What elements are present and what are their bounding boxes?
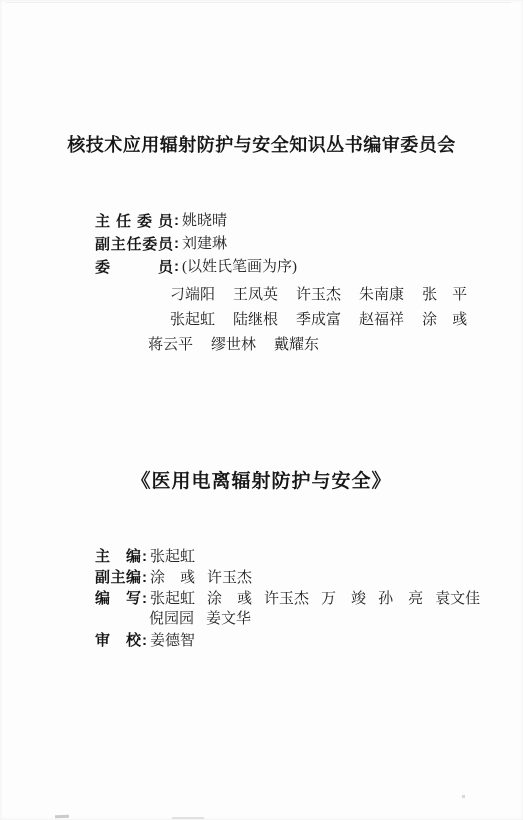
members-row-1: 刁端阳 王凤英 许玉杰 朱南康 张 平 bbox=[170, 283, 467, 308]
chair-label: 主任委员 bbox=[95, 210, 173, 233]
editor-name: 许玉杰 bbox=[207, 568, 252, 589]
member-name: 戴耀东 bbox=[274, 333, 319, 358]
members-list: 刁端阳 王凤英 许玉杰 朱南康 张 平 张起虹 陆继根 季成富 赵福祥 涂 彧 … bbox=[170, 283, 467, 358]
colon: : bbox=[142, 630, 147, 651]
reviewer-label: 审校 bbox=[95, 630, 141, 651]
member-name: 涂 彧 bbox=[422, 308, 467, 333]
writer-name: 袁文佳 bbox=[435, 589, 480, 610]
deputy-editors-row: 副主编: 涂 彧 许玉杰 bbox=[95, 567, 480, 588]
writer-name: 倪园园 bbox=[149, 609, 194, 630]
chair-row: 主任委员:姚晓晴 bbox=[95, 209, 297, 232]
document-page: 核技术应用辐射防护与安全知识丛书编审委员会 主任委员:姚晓晴 副主任委员:刘建琳… bbox=[0, 0, 523, 820]
writers-label: 编写 bbox=[95, 588, 141, 609]
member-name: 蒋云平 bbox=[148, 333, 193, 358]
chief-editor-row: 主编:张起虹 bbox=[95, 546, 480, 567]
reviewer-name: 姜德智 bbox=[150, 631, 195, 652]
members-row-2: 张起虹 陆继根 季成富 赵福祥 涂 彧 bbox=[170, 308, 467, 333]
member-name: 陆继根 bbox=[233, 308, 278, 333]
scan-artifact bbox=[172, 817, 204, 819]
colon: : bbox=[142, 546, 147, 567]
writer-names: 张起虹 涂 彧 许玉杰 万 竣 孙 亮 袁文佳 bbox=[150, 589, 480, 610]
member-name: 张起虹 bbox=[170, 308, 215, 333]
writer-name: 张起虹 bbox=[150, 589, 195, 610]
writer-name: 万 竣 bbox=[321, 589, 366, 610]
members-row: 委员:(以姓氏笔画为序) bbox=[95, 255, 297, 278]
colon: : bbox=[174, 258, 179, 275]
vice-chair-name: 刘建琳 bbox=[182, 236, 227, 252]
members-sort-note: (以姓氏笔画为序) bbox=[182, 259, 297, 275]
member-name: 缪世林 bbox=[211, 333, 256, 358]
member-name: 季成富 bbox=[296, 308, 341, 333]
book-title: 《医用电离辐射防护与安全》 bbox=[0, 466, 523, 493]
member-name: 许玉杰 bbox=[296, 283, 341, 308]
vice-chair-row: 副主任委员:刘建琳 bbox=[95, 232, 297, 255]
colon: : bbox=[142, 567, 147, 588]
series-committee-title: 核技术应用辐射防护与安全知识丛书编审委员会 bbox=[0, 131, 523, 157]
writers-continuation-row: 倪园园 姜文华 bbox=[149, 609, 480, 630]
series-committee-block: 主任委员:姚晓晴 副主任委员:刘建琳 委员:(以姓氏笔画为序) bbox=[95, 209, 297, 278]
members-row-3: 蒋云平 缪世林 戴耀东 bbox=[148, 333, 467, 358]
colon: : bbox=[142, 588, 147, 609]
reviewer-row: 审校:姜德智 bbox=[95, 630, 480, 651]
deputy-editor-names: 涂 彧 许玉杰 bbox=[150, 568, 252, 589]
vice-chair-label: 副主任委员 bbox=[95, 233, 173, 256]
writer-name: 许玉杰 bbox=[264, 589, 309, 610]
chief-editor-name: 张起虹 bbox=[150, 547, 195, 568]
writer-names: 倪园园 姜文华 bbox=[149, 609, 251, 630]
writer-name: 涂 彧 bbox=[207, 589, 252, 610]
scan-artifact bbox=[462, 795, 465, 798]
book-editors-block: 主编:张起虹 副主编: 涂 彧 许玉杰 编写: 张起虹 涂 彧 许玉杰 万 竣 … bbox=[95, 546, 480, 651]
writers-row: 编写: 张起虹 涂 彧 许玉杰 万 竣 孙 亮 袁文佳 bbox=[95, 588, 480, 609]
member-name: 赵福祥 bbox=[359, 308, 404, 333]
writer-name: 姜文华 bbox=[206, 609, 251, 630]
deputy-editors-label: 副主编 bbox=[95, 567, 141, 588]
colon: : bbox=[174, 212, 179, 229]
editor-name: 涂 彧 bbox=[150, 568, 195, 589]
colon: : bbox=[174, 235, 179, 252]
writer-name: 孙 亮 bbox=[378, 589, 423, 610]
member-name: 朱南康 bbox=[359, 283, 404, 308]
members-label: 委员 bbox=[95, 256, 173, 279]
member-name: 王凤英 bbox=[233, 283, 278, 308]
chief-editor-label: 主编 bbox=[95, 546, 141, 567]
chair-name: 姚晓晴 bbox=[182, 213, 227, 229]
scan-edge bbox=[6, 2, 511, 3]
member-name: 刁端阳 bbox=[170, 283, 215, 308]
scan-artifact bbox=[55, 815, 69, 818]
member-name: 张 平 bbox=[422, 283, 467, 308]
